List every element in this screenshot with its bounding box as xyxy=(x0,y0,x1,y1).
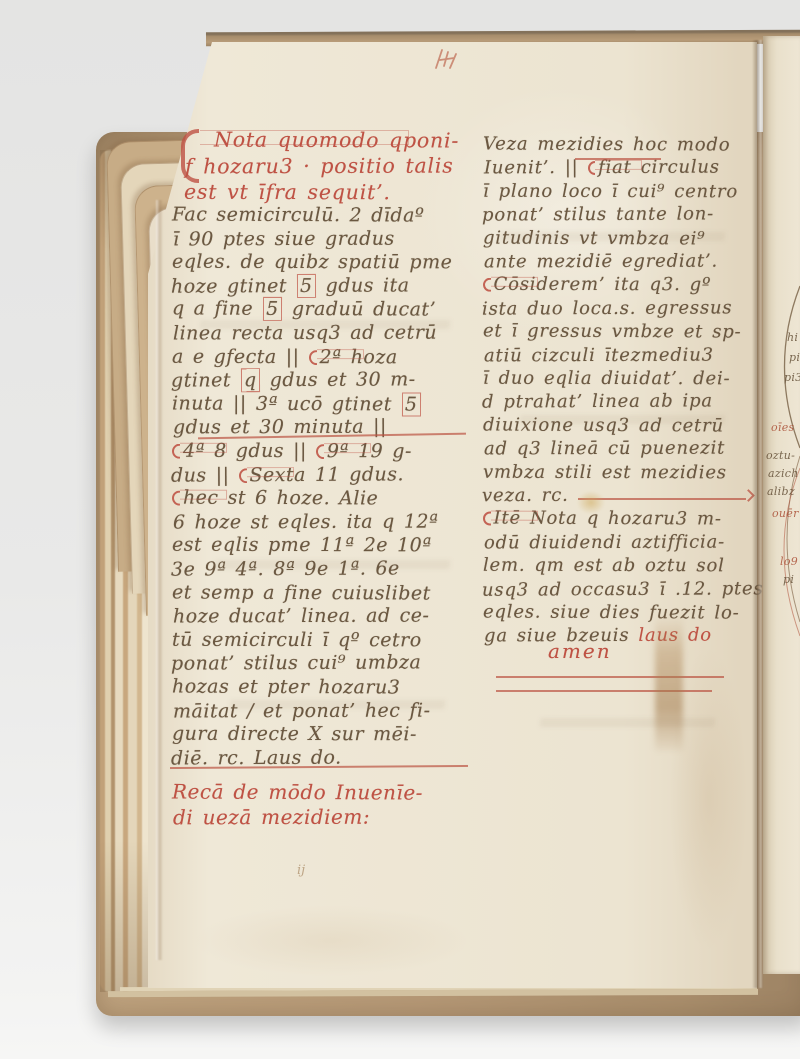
text-segment: gtinet xyxy=(171,369,240,391)
text-segment: linea recta usq3 ad cetrū xyxy=(173,322,437,345)
text-segment: di uezā mezidiem: xyxy=(173,805,370,830)
text-line: et semp a fine cuiuslibet xyxy=(172,583,431,604)
red-rule xyxy=(496,676,724,678)
facing-page-sliver: hipipi3oīesoztu-azichalibzouērlo9pi xyxy=(763,36,800,974)
text-line: ad q3 lineā cū puenezit xyxy=(484,440,725,460)
text-segment: ī 90 ptes siue gradus xyxy=(173,227,395,250)
text-line: ista duo loca.s. egressus xyxy=(482,299,733,319)
text-segment: odū diuidendi aztifficia- xyxy=(484,531,725,553)
text-segment: ī duo eqlia diuidat’. dei- xyxy=(483,368,730,390)
text-line: 6 hoze st eqles. ita q 12ª xyxy=(173,512,439,533)
text-segment: hozas et pter hozaru3 xyxy=(172,676,400,699)
text-segment: d ptrahat’ linea ab ipa xyxy=(482,391,713,413)
paragraph-mark xyxy=(309,350,317,365)
text-line: Recā de mōdo Inuenīe- xyxy=(172,781,423,803)
text-line: eqles. de quibz spatiū pme xyxy=(172,253,452,274)
text-line: Nota quomodo qponi- xyxy=(214,129,459,152)
text-line: a e gfecta || 2ª hoza xyxy=(172,347,398,367)
text-line: di uezā mezidiem: xyxy=(173,807,370,829)
text-line: et ī gressus vmbze et sp- xyxy=(483,323,742,343)
paragraph-mark xyxy=(483,512,491,526)
text-segment: ante mezidiē egrediat’. xyxy=(484,251,718,273)
text-segment: Veza mezidies hoc modo xyxy=(483,133,730,155)
text-segment: Nota quomodo qponi- xyxy=(214,127,459,152)
text-segment: q xyxy=(242,369,259,391)
text-segment: gdus ita xyxy=(317,274,410,296)
text-line: linea recta usq3 ad cetrū xyxy=(173,324,437,345)
text-line: usq3 ad occasu3 ī .12. ptes xyxy=(482,580,764,600)
text-line: hozas et pter hozaru3 xyxy=(172,678,400,699)
text-segment: hoze gtinet xyxy=(171,275,296,298)
text-segment: Itē Nota q hozaru3 m- xyxy=(494,508,722,530)
facing-page-diagram-arcs xyxy=(763,36,800,974)
marginal-fragment: hi xyxy=(787,332,798,343)
text-segment: ī plano loco ī cui⁹ centro xyxy=(483,181,738,203)
text-line: ponat’ stilus cui⁹ umbza xyxy=(171,654,421,675)
text-segment: 5 xyxy=(298,275,315,297)
text-segment: gitudinis vt vmbza ei⁹ xyxy=(483,227,705,249)
text-line: Veza mezidies hoc modo xyxy=(483,135,730,155)
text-segment: hoze ducat’ linea. ad ce- xyxy=(173,605,430,628)
marginal-fragment: alibz xyxy=(767,486,795,497)
text-segment: lem. qm est ab oztu sol xyxy=(483,555,725,577)
text-segment: 2ª hoza xyxy=(320,346,398,368)
text-segment: f hozaru3 · positio talis xyxy=(185,154,454,179)
text-segment: q a fine xyxy=(172,298,262,320)
text-line: d ptrahat’ linea ab ipa xyxy=(482,393,713,413)
text-segment: ponat’ stilus tante lon- xyxy=(482,204,714,226)
text-line: lem. qm est ab oztu sol xyxy=(483,557,725,576)
text-segment: Recā de mōdo Inuenīe- xyxy=(172,779,423,804)
text-segment: eqles. siue dies fuezit lo- xyxy=(483,601,740,623)
text-segment: tū semicirculi ī qº cetro xyxy=(172,629,422,652)
text-line: ī 90 ptes siue gradus xyxy=(173,229,395,250)
text-line: est vt īfra sequit’. xyxy=(184,182,391,204)
text-segment: gdus et 30 m- xyxy=(261,369,416,392)
text-segment: inuta || 3ª ucō gtinet xyxy=(172,392,401,415)
marginal-fragment: oīes xyxy=(771,422,795,433)
text-segment: est vt īfra sequit’. xyxy=(184,180,391,204)
paragraph-mark xyxy=(316,444,324,459)
text-segment: 6 hoze st eqles. ita q 12ª xyxy=(173,510,439,533)
text-segment: dus || xyxy=(171,464,239,486)
paragraph-mark xyxy=(172,491,180,506)
text-line: Iuenit’. || fiat circulus xyxy=(484,159,720,179)
text-segment: atiū cizculi ītezmediu3 xyxy=(484,344,714,366)
paragraph-mark xyxy=(588,161,596,175)
text-line: ī duo eqlia diuidat’. dei- xyxy=(483,370,730,389)
text-segment: māitat / et ponat’ hec fi- xyxy=(173,699,431,722)
text-line: gura directe X sur mēi- xyxy=(172,725,417,745)
text-segment: et ī gressus vmbze et sp- xyxy=(483,321,742,343)
brown-stain xyxy=(655,615,683,751)
marginal-fragment: lo9 xyxy=(780,556,798,567)
quire-mark: ij xyxy=(297,864,305,877)
text-line: Itē Nota q hozaru3 m- xyxy=(483,510,722,530)
red-squiggle-mark xyxy=(432,46,468,80)
text-line: ante mezidiē egrediat’. xyxy=(484,253,718,273)
text-line: est eqlis pme 11ª 2e 10ª xyxy=(172,536,432,556)
text-segment: ponat’ stilus cui⁹ umbza xyxy=(171,652,421,675)
marginal-fragment: azich xyxy=(768,468,799,479)
text-line: atiū cizculi ītezmediu3 xyxy=(484,346,714,366)
text-segment: 3e 9ª 4ª. 8ª 9e 1ª. 6e xyxy=(171,557,400,580)
text-segment: Cōsiderem’ ita q3. gº xyxy=(494,274,712,295)
text-segment: 9ª 19 g- xyxy=(327,440,412,462)
text-segment: 5 xyxy=(264,298,281,320)
text-line: gtinet q gdus et 30 m- xyxy=(171,371,416,392)
text-line: Cōsiderem’ ita q3. gº xyxy=(483,276,711,295)
text-line: eqles. siue dies fuezit lo- xyxy=(483,603,740,623)
text-line: f hozaru3 · positio talis xyxy=(185,156,454,178)
paragraph-mark xyxy=(172,444,180,459)
text-line: ī plano loco ī cui⁹ centro xyxy=(483,183,738,202)
text-segment: et semp a fine cuiuslibet xyxy=(172,581,431,604)
text-line: hoze gtinet 5 gdus ita xyxy=(171,276,410,297)
text-segment: gura directe X sur mēi- xyxy=(172,723,417,746)
amen-word: amen xyxy=(548,641,612,661)
text-segment: usq3 ad occasu3 ī .12. ptes xyxy=(482,578,764,600)
text-segment: Sexta 11 gdus. xyxy=(249,463,404,486)
text-segment: a e gfecta || xyxy=(172,345,309,367)
page-crease xyxy=(156,200,163,960)
text-line: veza. rc. xyxy=(482,487,569,506)
text-line: ponat’ stilus tante lon- xyxy=(482,206,714,226)
marginal-fragment: pi xyxy=(783,574,794,585)
text-line: māitat / et ponat’ hec fi- xyxy=(173,701,431,722)
text-line: 4ª 8 gdus || 9ª 19 g- xyxy=(172,442,412,462)
text-segment: ad q3 lineā cū puenezit xyxy=(484,438,725,460)
text-line: 3e 9ª 4ª. 8ª 9e 1ª. 6e xyxy=(171,559,400,580)
bleedthrough-smudge xyxy=(540,718,716,727)
text-segment: Iuenit’. || xyxy=(484,157,588,178)
text-segment: fiat circulus xyxy=(598,157,720,178)
paragraph-mark xyxy=(239,468,247,483)
text-line: gitudinis vt vmbza ei⁹ xyxy=(483,229,705,249)
marginal-fragment: ouēr xyxy=(772,508,799,519)
book-gutter-shadow xyxy=(752,40,763,988)
text-line: odū diuidendi aztifficia- xyxy=(484,533,725,553)
text-segment: diuixione usq3 ad cetrū xyxy=(483,414,724,436)
text-segment: hec st 6 hoze. Alie xyxy=(183,487,378,510)
paragraph-mark xyxy=(483,278,491,292)
text-segment: 4ª 8 gdus || xyxy=(183,440,316,462)
text-segment: ista duo loca.s. egressus xyxy=(482,297,733,319)
text-segment: 5 xyxy=(403,393,420,415)
marginal-fragment: pi3 xyxy=(784,372,800,383)
text-segment: graduū ducat’ xyxy=(283,298,436,321)
red-rule xyxy=(575,158,661,160)
text-line: diuixione usq3 ad cetrū xyxy=(483,416,724,436)
marginal-fragment: oztu- xyxy=(766,450,795,461)
text-line: inuta || 3ª ucō gtinet 5 xyxy=(172,394,422,415)
text-segment: veza. rc. xyxy=(482,485,569,506)
marginal-fragment: pi xyxy=(789,352,800,363)
text-line: Fac semicirculū. 2 dīdaº xyxy=(172,205,424,226)
text-line: dus || Sexta 11 gdus. xyxy=(171,465,404,486)
text-segment: vmbza stili est mezidies xyxy=(483,461,727,483)
text-segment: Fac semicirculū. 2 dīdaº xyxy=(172,203,424,226)
text-line: hoze ducat’ linea. ad ce- xyxy=(173,607,430,628)
text-line: q a fine 5 graduū ducat’ xyxy=(172,300,436,321)
text-line: vmbza stili est mezidies xyxy=(483,463,727,482)
text-segment: eqles. de quibz spatiū pme xyxy=(172,251,452,274)
text-line: tū semicirculi ī qº cetro xyxy=(172,631,422,651)
photograph-of-manuscript: { "colors":{"backdrop":"#e8e8e7","cover"… xyxy=(0,0,800,1059)
text-segment: est eqlis pme 11ª 2e 10ª xyxy=(172,534,432,557)
yellow-stain xyxy=(577,491,605,514)
text-line: hec st 6 hoze. Alie xyxy=(172,489,378,510)
